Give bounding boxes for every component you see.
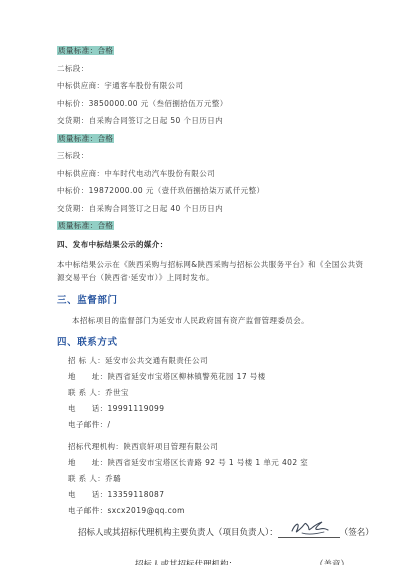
quality-standard-line-1: 质量标准：合格 — [57, 46, 370, 55]
seal-suffix: （盖章） — [315, 560, 349, 565]
media-section-heading: 四、发布中标结果公示的媒介： — [57, 239, 370, 250]
tenderer-address-line: 地 址：陕西省延安市宝塔区柳林镇警苑花园 17 号楼 — [68, 372, 370, 381]
tenderer-person-label: 联 系 人： — [68, 388, 105, 397]
agency-address-value: 陕西省延安市宝塔区长青路 92 号 1 号楼 1 单元 402 室 — [108, 458, 309, 467]
lot3-supplier: 中标供应商：中车时代电动汽车股份有限公司 — [57, 169, 370, 178]
tenderer-person-line: 联 系 人：乔世宝 — [68, 388, 370, 397]
tenderer-email-value: / — [108, 420, 111, 429]
supervision-heading: 三、监督部门 — [57, 292, 370, 306]
agency-address-label: 地 址： — [68, 458, 108, 467]
lot3-title: 三标段： — [57, 151, 370, 160]
lot2-supplier: 中标供应商：宇通客车股份有限公司 — [57, 81, 370, 90]
quality-highlight-3: 质量标准：合格 — [57, 221, 114, 230]
tenderer-phone-label: 电 话： — [68, 404, 108, 413]
agency-email-label: 电子邮件： — [68, 506, 108, 515]
tenderer-email-label: 电子邮件： — [68, 420, 108, 429]
signature-underline — [278, 525, 340, 538]
quality-standard-line-3: 质量标准：合格 — [57, 221, 370, 230]
tenderer-address-value: 陕西省延安市宝塔区柳林镇警苑花园 17 号楼 — [108, 372, 266, 381]
agency-value: 陕西宸轩项目管理有限公司 — [123, 442, 218, 451]
contact-heading: 四、联系方式 — [57, 334, 370, 348]
agency-person-value: 乔璐 — [105, 474, 121, 483]
quality-highlight-1: 质量标准：合格 — [57, 46, 114, 55]
agency-phone-line: 电 话：13359118087 — [68, 490, 370, 499]
lot3-price: 中标价：19872000.00 元（壹仟玖佰捌拾柒万贰仟元整） — [57, 186, 370, 195]
responsible-person-signature-line: 招标人或其招标代理机构主要负责人（项目负责人）：（签名） — [78, 525, 370, 538]
seal-underline — [237, 559, 315, 565]
agency-label: 招标代理机构： — [68, 442, 123, 451]
agency-email-value: sxcx2019@qq.com — [108, 506, 185, 515]
tenderer-phone-value: 19991119099 — [108, 404, 165, 413]
agency-person-label: 联 系 人： — [68, 474, 105, 483]
lot2-title: 二标段： — [57, 64, 370, 73]
agency-address-line: 地 址：陕西省延安市宝塔区长青路 92 号 1 号楼 1 单元 402 室 — [68, 458, 370, 467]
document-page: 质量标准：合格 二标段： 中标供应商：宇通客车股份有限公司 中标价：385000… — [0, 0, 400, 565]
agency-line: 招标代理机构：陕西宸轩项目管理有限公司 — [68, 442, 370, 451]
agency-phone-value: 13359118087 — [108, 490, 165, 499]
tenderer-label: 招 标 人： — [68, 356, 105, 365]
tenderer-phone-line: 电 话：19991119099 — [68, 404, 370, 413]
org-seal-line: 招标人或其招标代理机构：（盖章） — [135, 558, 370, 565]
agency-person-line: 联 系 人：乔璐 — [68, 474, 370, 483]
tenderer-address-label: 地 址： — [68, 372, 108, 381]
quality-highlight-2: 质量标准：合格 — [57, 134, 114, 143]
supervision-body: 本招标项目的监督部门为延安市人民政府国有资产监督管理委员会。 — [57, 314, 370, 328]
sign-suffix: （签名） — [340, 528, 374, 538]
lot2-delivery: 交货期：自采购合同签订之日起 50 个日历日内 — [57, 116, 370, 125]
tenderer-email-line: 电子邮件：/ — [68, 420, 370, 429]
tenderer-value: 延安市公共交通有限责任公司 — [105, 356, 208, 365]
lot2-price: 中标价：3850000.00 元（叁佰捌拾伍万元整） — [57, 99, 370, 108]
media-section-body: 本中标结果公示在《陕西采购与招标网&陕西采购与招标公共服务平台》和《全国公共资源… — [57, 258, 370, 285]
responsible-person-label: 招标人或其招标代理机构主要负责人（项目负责人）： — [78, 528, 278, 538]
quality-standard-line-2: 质量标准：合格 — [57, 134, 370, 143]
tenderer-person-value: 乔世宝 — [105, 388, 129, 397]
handwritten-signature-icon — [286, 517, 330, 539]
tenderer-line: 招 标 人：延安市公共交通有限责任公司 — [68, 356, 370, 365]
org-label: 招标人或其招标代理机构： — [135, 560, 237, 565]
agency-email-line: 电子邮件：sxcx2019@qq.com — [68, 506, 370, 515]
lot3-delivery: 交货期：自采购合同签订之日起 40 个日历日内 — [57, 204, 370, 213]
agency-phone-label: 电 话： — [68, 490, 108, 499]
